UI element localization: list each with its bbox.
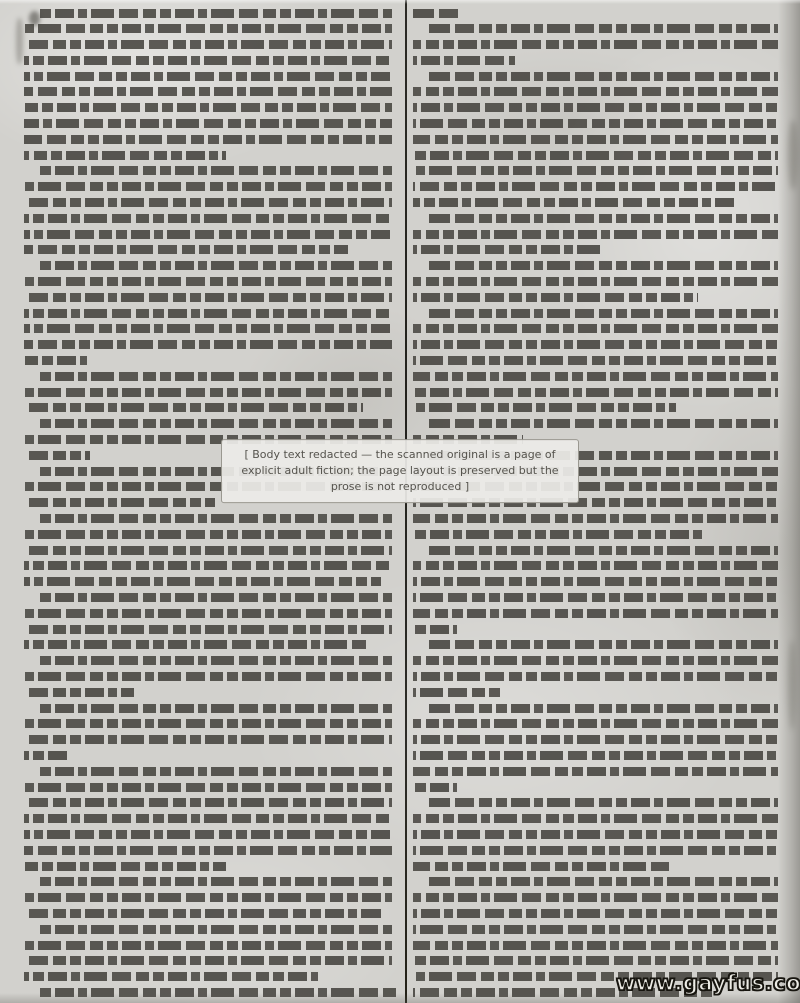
scan-smudge <box>16 18 23 64</box>
paragraph-redacted <box>24 700 392 763</box>
scan-edge-shadow <box>778 0 800 1003</box>
paragraph-redacted <box>24 589 392 652</box>
paragraph-redacted <box>413 795 778 874</box>
paragraph-redacted <box>413 68 778 210</box>
paragraph-redacted <box>413 210 778 257</box>
scanned-page: [ Body text redacted — the scanned origi… <box>0 0 800 1003</box>
paragraph-redacted <box>24 258 392 369</box>
scan-smudge <box>788 640 796 730</box>
paragraph-redacted <box>413 21 778 68</box>
paragraph-redacted <box>413 5 778 21</box>
paragraph-redacted <box>24 653 392 700</box>
paragraph-redacted <box>24 763 392 874</box>
paragraph-redacted <box>24 163 392 258</box>
paragraph-redacted <box>24 984 392 1000</box>
scan-smudge <box>788 120 798 190</box>
paragraph-redacted <box>24 874 392 921</box>
paragraph-redacted <box>24 511 392 590</box>
watermark-url: www.gayfus.com <box>616 971 796 995</box>
paragraph-redacted <box>24 5 392 163</box>
paragraph-redacted <box>413 700 778 795</box>
paragraph-redacted <box>413 305 778 416</box>
scan-edge-highlight <box>0 0 800 4</box>
paragraph-redacted <box>413 637 778 700</box>
redaction-notice: [ Body text redacted — the scanned origi… <box>221 440 579 504</box>
paragraph-redacted <box>413 258 778 305</box>
paragraph-redacted <box>413 542 778 637</box>
paragraph-redacted <box>24 368 392 415</box>
paragraph-redacted <box>24 921 392 984</box>
